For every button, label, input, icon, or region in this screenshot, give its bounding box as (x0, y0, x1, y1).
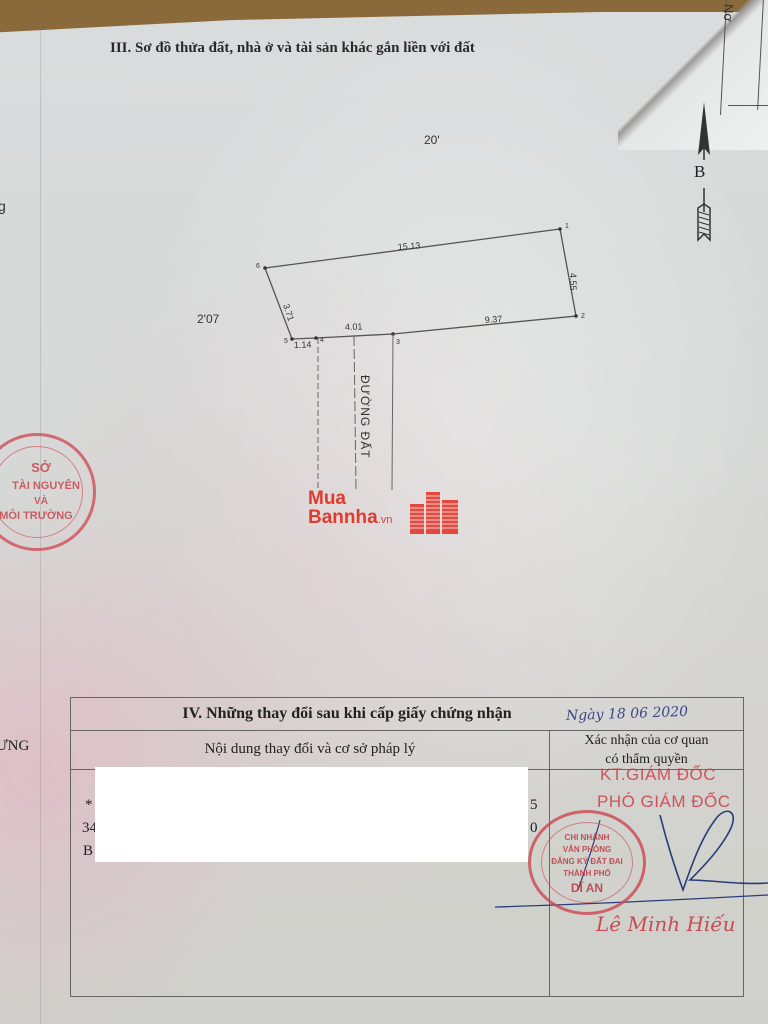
signer-name: Lê Minh Hiếu (596, 912, 736, 936)
signature-icon (0, 0, 768, 1024)
stamp-line: THÀNH PHỐ (531, 869, 643, 878)
stamp-line: ĐĂNG KÝ ĐẤT ĐAI (531, 857, 643, 866)
stamp-line: CHI NHÁNH (531, 833, 643, 842)
stamp-line: VĂN PHÒNG (531, 845, 643, 854)
stamp-line: DĨ AN (531, 881, 643, 895)
office-stamp: CHI NHÁNH VĂN PHÒNG ĐĂNG KÝ ĐẤT ĐAI THÀN… (528, 810, 646, 915)
